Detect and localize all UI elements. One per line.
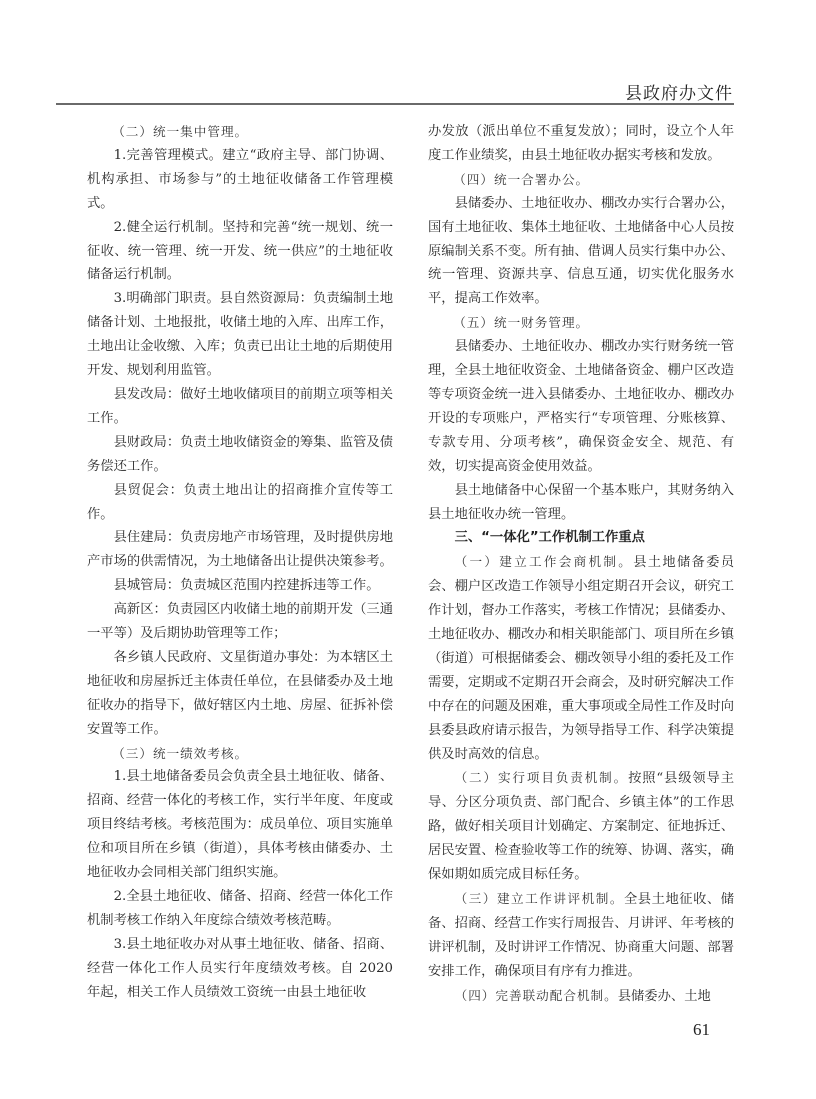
paragraph-body: 县储委办、土地 — [618, 989, 711, 1004]
section-heading: （二）统一集中管理。 — [87, 120, 393, 144]
section-heading: （四）统一合署办公。 — [428, 168, 734, 192]
paragraph-lead: （四）完善联动配合机制。 — [455, 988, 618, 1003]
paragraph: 1.完善管理模式。建立“政府主导、部门协调、机构承担、市场参与”的土地征收储备工… — [87, 144, 393, 216]
paragraph: 县住建局：负责房地产市场管理，及时提供房地产市场的供需情况，为土地储备出让提供决… — [87, 526, 393, 574]
paragraph-lead: （二）实行项目负责机制。 — [455, 770, 628, 785]
paragraph: 县贸促会：负责土地出让的招商推介宣传等工作。 — [87, 479, 393, 527]
paragraph-lead: （一）建立工作会商机制。 — [455, 554, 634, 569]
paragraph: 县财政局：负责土地收储资金的筹集、监管及债务偿还工作。 — [87, 431, 393, 479]
paragraph: （一）建立工作会商机制。县土地储备委员会、棚户区改造工作领导小组定期召开会议，研… — [428, 550, 734, 766]
paragraph-body: 县土地储备委员会、棚户区改造工作领导小组定期召开会议，研究工作计划，督办工作落实… — [428, 555, 734, 761]
running-header-title: 县政府办文件 — [625, 79, 733, 104]
paragraph: （三）建立工作讲评机制。全县土地征收、储备、招商、经营工作实行周报告、月讲评、年… — [428, 887, 734, 984]
paragraph: 县储委办、土地征收办、棚改办实行合署办公，国有土地征收、集体土地征收、土地储备中… — [428, 192, 734, 312]
paragraph: 办发放（派出单位不重复发放）；同时，设立个人年度工作业绩奖，由县土地征收办据实考… — [428, 120, 734, 168]
paragraph: 县发改局：做好土地收储项目的前期立项等相关工作。 — [87, 383, 393, 431]
left-column: （二）统一集中管理。 1.完善管理模式。建立“政府主导、部门协调、机构承担、市场… — [87, 120, 393, 1005]
chapter-heading: 三、“一体化”工作机制工作重点 — [428, 526, 734, 550]
page-number: 61 — [693, 1020, 710, 1040]
paragraph: 县土地储备中心保留一个基本账户，其财务纳入县土地征收办统一管理。 — [428, 479, 734, 527]
paragraph: （二）实行项目负责机制。按照“县级领导主导、分区分项负责、部门配合、乡镇主体”的… — [428, 766, 734, 887]
paragraph: 高新区：负责园区内收储土地的前期开发（三通一平等）及后期协助管理等工作； — [87, 598, 393, 646]
header-rule — [56, 103, 734, 105]
paragraph: 2.全县土地征收、储备、招商、经营一体化工作机制考核工作纳入年度综合绩效考核范畴… — [87, 885, 393, 933]
paragraph-lead: （三）建立工作讲评机制。 — [455, 891, 624, 906]
paragraph: （四）完善联动配合机制。县储委办、土地 — [428, 984, 734, 1009]
paragraph: 1.县土地储备委员会负责全县土地征收、储备、招商、经营一体化的考核工作，实行半年… — [87, 765, 393, 885]
paragraph: 县储委办、土地征收办、棚改办实行财务统一管理，全县土地征收资金、土地储备资金、棚… — [428, 335, 734, 478]
right-column: 办发放（派出单位不重复发放）；同时，设立个人年度工作业绩奖，由县土地征收办据实考… — [428, 120, 734, 1009]
section-heading: （五）统一财务管理。 — [428, 311, 734, 335]
section-heading: （三）统一绩效考核。 — [87, 742, 393, 766]
paragraph: 2.健全运行机制。坚持和完善“统一规划、统一征收、统一管理、统一开发、统一供应”… — [87, 216, 393, 288]
paragraph: 3.明确部门职责。县自然资源局：负责编制土地储备计划、土地报批，收储土地的入库、… — [87, 287, 393, 383]
paragraph: 县城管局：负责城区范围内控建拆违等工作。 — [87, 574, 393, 598]
paragraph: 各乡镇人民政府、文星街道办事处：为本辖区土地征收和房屋拆迁主体责任单位，在县储委… — [87, 646, 393, 742]
paragraph: 3.县土地征收办对从事土地征收、储备、招商、经营一体化工作人员实行年度绩效考核。… — [87, 933, 393, 1005]
paragraph-body: 按照“县级领导主导、分区分项负责、部门配合、乡镇主体”的工作思路，做好相关项目计… — [428, 771, 734, 882]
